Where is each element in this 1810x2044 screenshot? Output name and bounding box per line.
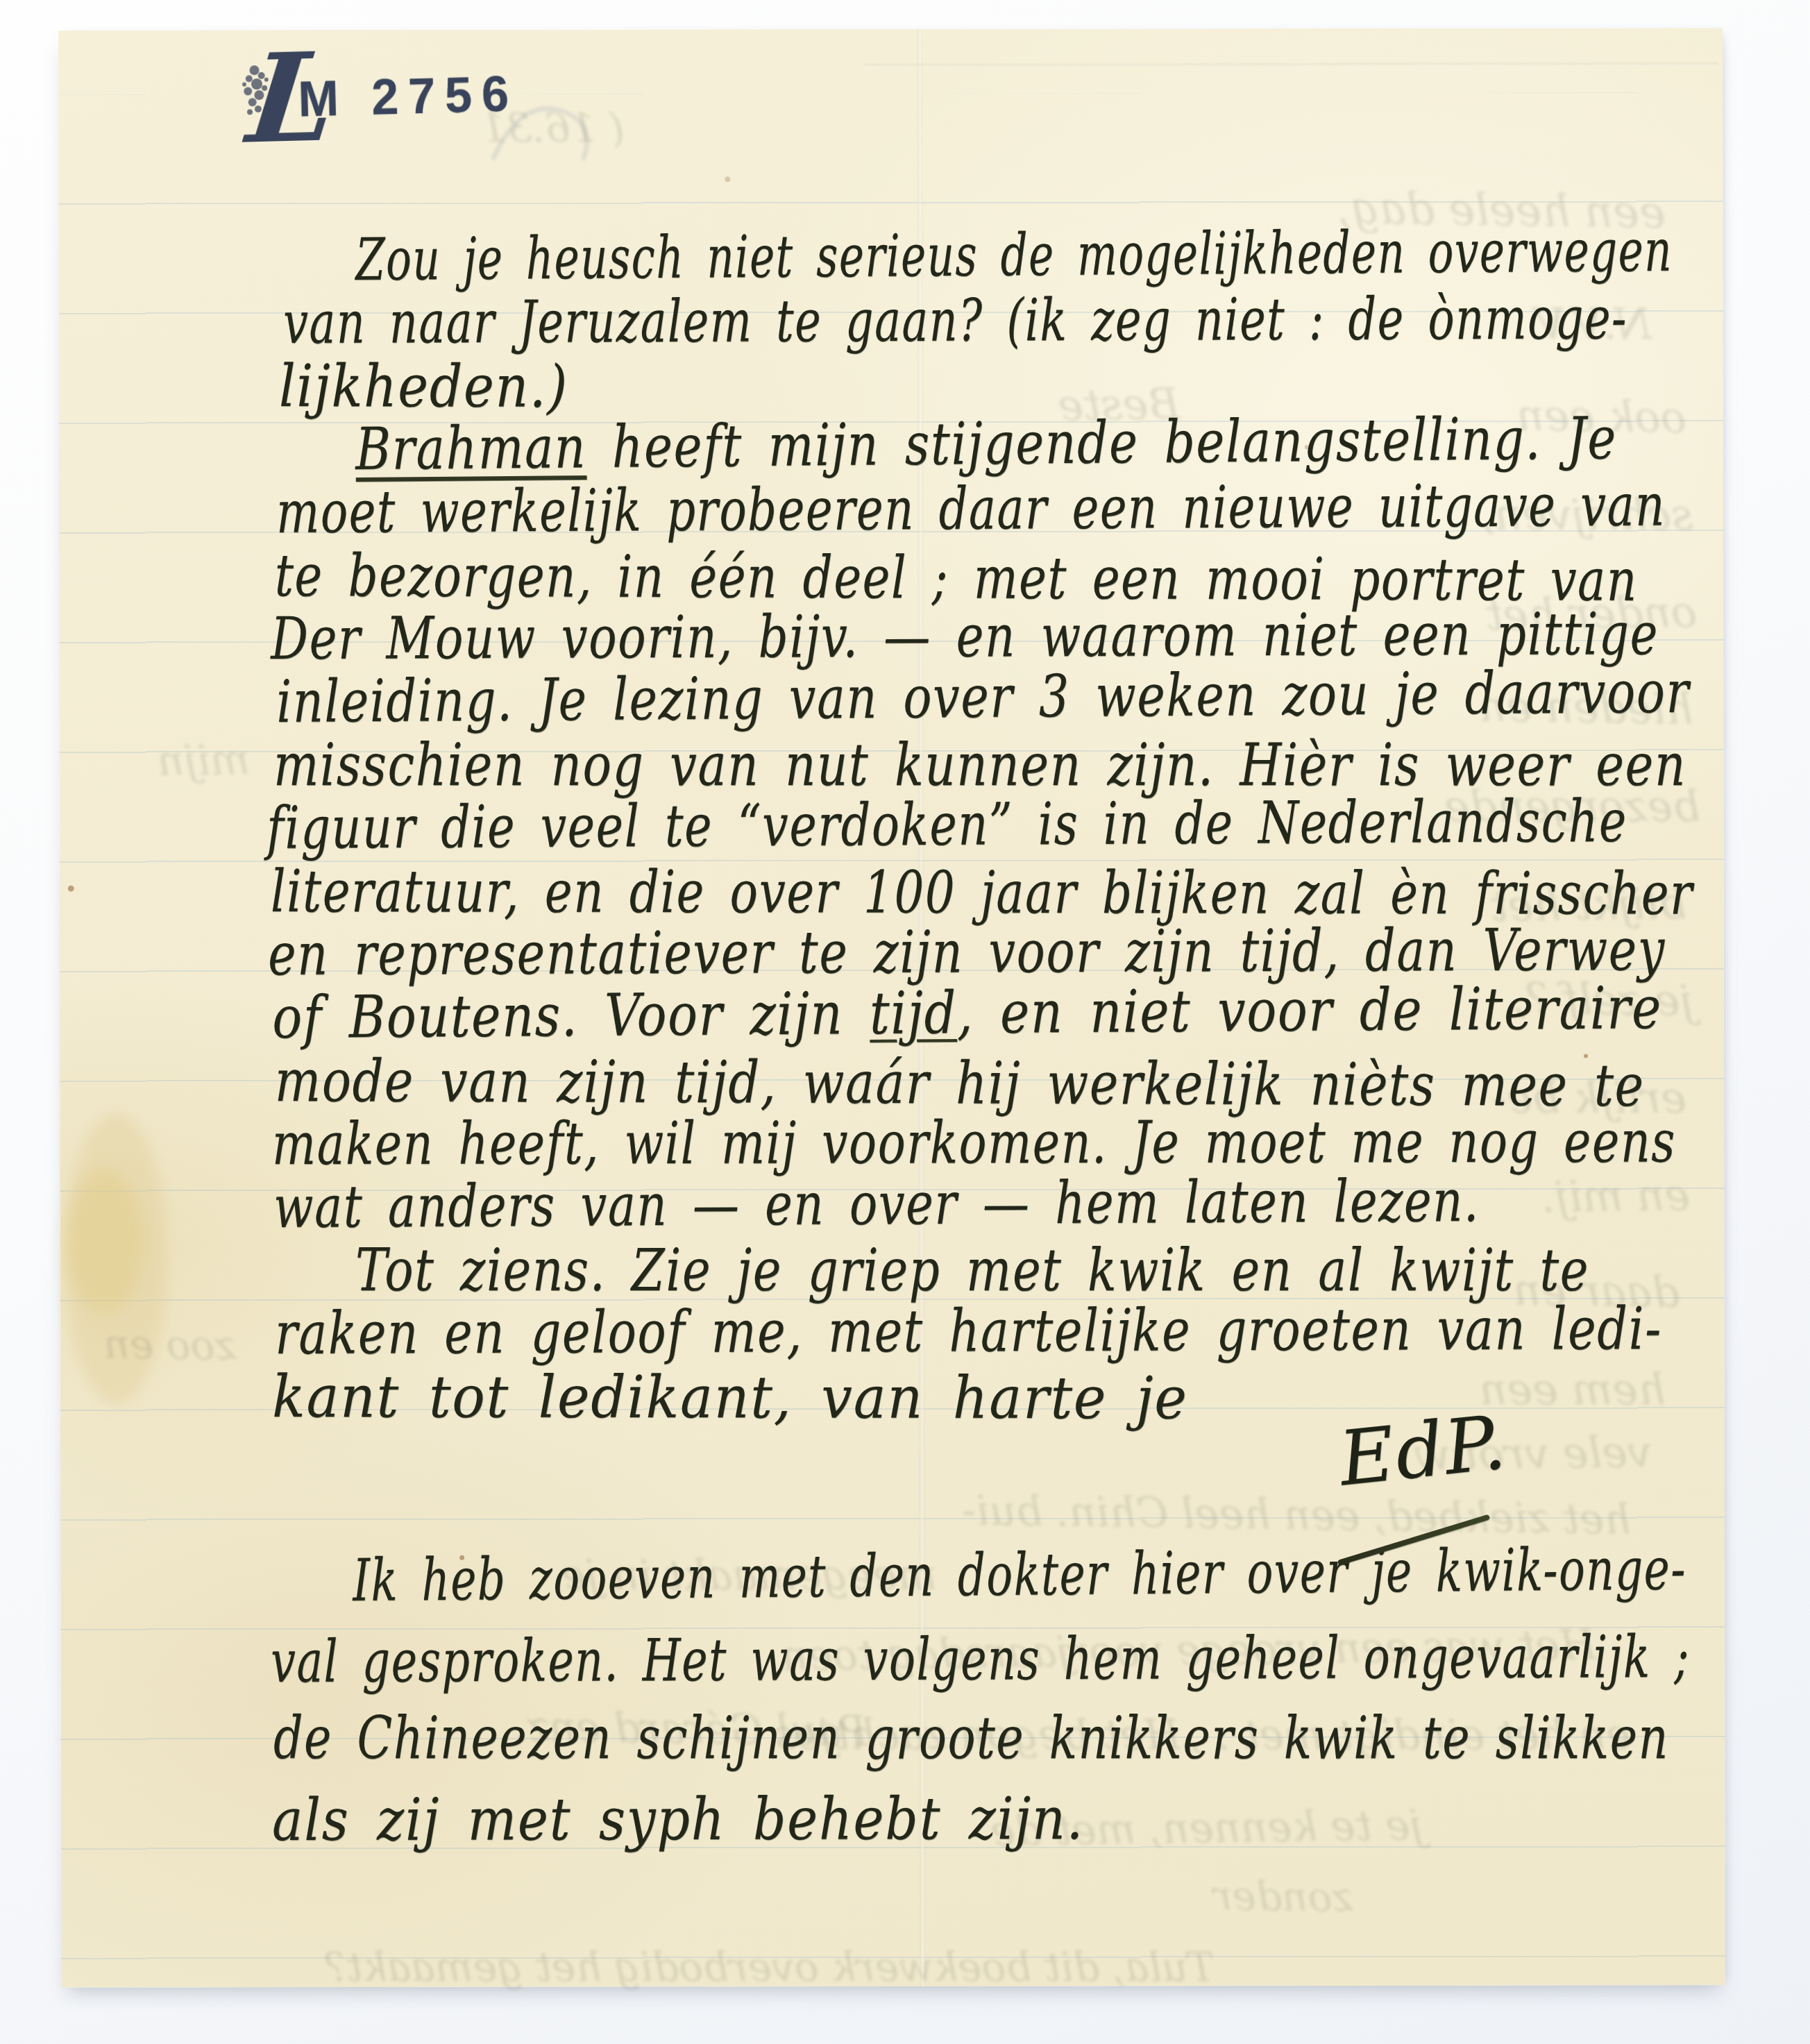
handwritten-line-8: inleiding. Je lezing van over 3 weken zo…: [276, 661, 1810, 731]
letter-text-layer: Zou je heusch niet serieus de mogelijkhe…: [0, 0, 1810, 2044]
handwritten-line-4: Brahman heeft mijn stijgende belangstell…: [355, 407, 1810, 478]
handwritten-line-14: mode van zijn tijd, waár hij werkelijk n…: [275, 1051, 1810, 1115]
handwritten-line-15: maken heeft, wil mij voorkomen. Je moet …: [272, 1112, 1810, 1173]
handwritten-line-19: kant tot ledikant, van harte je: [272, 1367, 1251, 1427]
handwritten-line-2: van naar Jeruzalem te gaan? (ik zeg niet…: [283, 287, 1810, 352]
handwritten-line-5: moet werkelijk probeeren daar een nieuwe…: [276, 474, 1810, 541]
handwritten-line-20: Ik heb zooeven met den dokter hier over …: [353, 1536, 1810, 1610]
handwritten-line-9: misschien nog van nut kunnen zijn. Hièr …: [273, 736, 1810, 794]
handwritten-line-21: val gesproken. Het was volgens hem gehee…: [271, 1626, 1810, 1691]
handwritten-line-1: Zou je heusch niet serieus de mogelijkhe…: [355, 218, 1810, 289]
handwritten-line-18: raken en geloof me, met hartelijke groet…: [275, 1298, 1810, 1362]
scan-background: een heele dag,N.V.V.Besteook eenschrijve…: [0, 0, 1810, 2044]
handwritten-line-16: wat anders van — en over — hem laten lez…: [273, 1170, 1785, 1236]
handwritten-line-17: Tot ziens. Zie je griep met kwik en al k…: [355, 1241, 1810, 1299]
handwritten-line-11: literatuur, en die over 100 jaar blijken…: [271, 862, 1810, 923]
handwritten-line-10: figuur die veel te “verdoken” is in de N…: [267, 790, 1810, 857]
handwritten-line-13: of Boutens. Voor zijn tijd, en niet voor…: [272, 977, 1810, 1047]
handwritten-line-23: als zij met syph behebt zijn.: [272, 1789, 1190, 1849]
signature: EdP.: [1335, 1399, 1511, 1503]
handwritten-line-3: lijkheden.): [279, 357, 608, 416]
handwritten-line-22: de Chineezen schijnen groote knikkers kw…: [273, 1709, 1810, 1767]
